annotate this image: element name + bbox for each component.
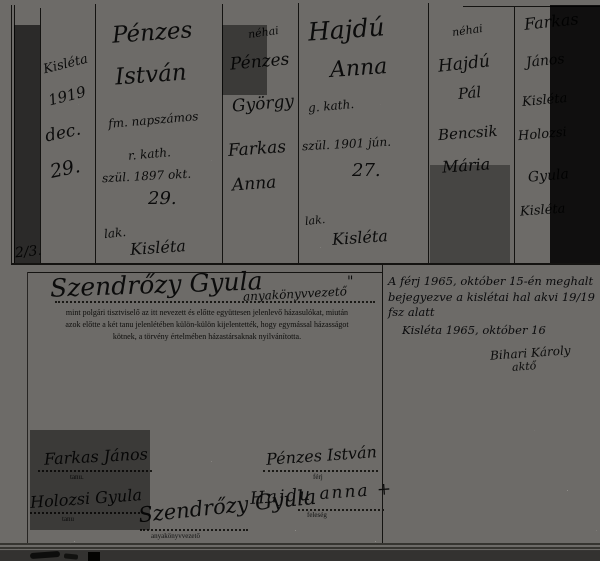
witness2-label: tanu <box>62 515 74 523</box>
bride-father-surname: Hajdú <box>437 51 491 76</box>
table-left-border-inner <box>14 5 15 263</box>
witness1-residence: Kisléta <box>521 91 568 110</box>
declaration-paragraph: mint polgári tisztviselő az itt nevezett… <box>34 307 380 343</box>
bride-parent-prefix: néhai <box>451 22 483 39</box>
column-divider-3 <box>222 4 223 263</box>
bride-given-name: Anna <box>329 54 388 83</box>
table-left-border-outer <box>11 5 12 263</box>
witness1-signature-line <box>38 470 152 472</box>
witness1-label: tanu. <box>70 473 84 481</box>
margin-note-divider <box>382 263 383 543</box>
wife-signature: Hajdu anna + <box>249 479 393 509</box>
bottom-rule-upper <box>0 543 600 545</box>
witness2-signature: Holozsi Gyula <box>29 485 142 512</box>
bride-birth-day: 27. <box>352 160 381 181</box>
witness2-surname: Holozsi <box>517 125 567 144</box>
groom-religion: r. kath. <box>127 145 171 163</box>
table-bottom-border <box>11 263 600 265</box>
declaration-box-left-border <box>27 272 28 543</box>
heading-quote-mark: " <box>347 274 353 290</box>
margin-note-line: A férj 1965, október 15-én meghalt <box>388 274 600 290</box>
date-place-line: 1919 <box>46 83 87 110</box>
groom-residence: Kisléta <box>129 236 186 259</box>
bride-father-given: Pál <box>457 83 482 103</box>
husband-label: férj <box>313 473 323 481</box>
margin-note: A férj 1965, október 15-én meghalt bejeg… <box>388 274 600 338</box>
groom-occupation: fm. napszámos <box>108 109 199 131</box>
declaration-line: azok előtte a két tanu jelenlétében külö… <box>34 319 380 331</box>
witness2-given: Gyula <box>527 166 569 186</box>
groom-mother-given: Anna <box>231 172 277 195</box>
bride-mother-given: Mária <box>441 154 490 176</box>
ink-blot <box>88 552 100 561</box>
bride-birth-date: szül. 1901 jún. <box>302 135 392 154</box>
wife-label: feleség <box>307 511 327 519</box>
witness1-surname: Farkas <box>523 9 579 34</box>
groom-mother-surname: Farkas <box>227 137 286 161</box>
table-top-border-segment <box>463 6 600 7</box>
declaration-line: kötnek, a törvény értelmében házastársak… <box>34 331 380 343</box>
date-place-line: dec. <box>43 119 82 146</box>
date-place-line: 29. <box>48 155 82 183</box>
column-divider-5 <box>428 3 429 263</box>
margin-note-signer-title: aktő <box>512 359 537 374</box>
husband-signature-line <box>263 470 378 472</box>
witness2-signature-line <box>30 512 140 514</box>
groom-surname: Pénzes <box>111 17 193 49</box>
bride-surname: Hajdú <box>307 12 385 46</box>
declaration-line: mint polgári tisztviselő az itt nevezett… <box>34 307 380 319</box>
witness1-given: János <box>525 51 565 71</box>
groom-birth-date: szül. 1897 okt. <box>102 167 192 186</box>
margin-note-line: fsz alatt <box>388 305 600 321</box>
bride-mother-surname: Bencsik <box>437 122 498 144</box>
groom-residence-label: lak. <box>103 225 126 241</box>
column-divider-2 <box>95 4 96 263</box>
margin-note-line: Kisléta 1965, október 16 <box>402 323 600 339</box>
column-divider-4 <box>298 3 299 263</box>
entry-number: 2/3. <box>14 243 43 262</box>
bride-residence-label: lak. <box>304 213 325 228</box>
scanned-marriage-register-page: 2/3. Kisléta 1919 dec. 29. Pénzes István… <box>0 0 600 561</box>
margin-note-line: bejegyezve a kislétai hal akvi 19/19 <box>388 290 600 306</box>
column-divider-1 <box>40 8 41 263</box>
registrar-signature-line <box>140 529 248 531</box>
bride-residence: Kisléta <box>331 226 388 249</box>
groom-father-given: György <box>231 91 295 116</box>
groom-given-name: István <box>114 60 187 91</box>
bride-religion: g. kath. <box>307 97 354 115</box>
date-place-line: Kisléta <box>42 52 90 78</box>
groom-father-surname: Pénzes <box>229 49 290 74</box>
groom-birth-day: 29. <box>148 188 177 209</box>
witness1-signature: Farkas János <box>44 444 149 468</box>
column-divider-6 <box>514 6 515 263</box>
witness2-residence: Kisléta <box>520 201 566 219</box>
groom-parent-prefix: néhai <box>247 24 279 41</box>
husband-signature: Pénzes István <box>265 442 377 469</box>
registrar-name-heading: Szendrőzy Gyula <box>50 266 263 302</box>
registrar-label: anyakönyvvezető <box>151 532 200 540</box>
registrar-heading-underline <box>55 301 375 303</box>
bottom-rule-lower <box>0 547 600 549</box>
